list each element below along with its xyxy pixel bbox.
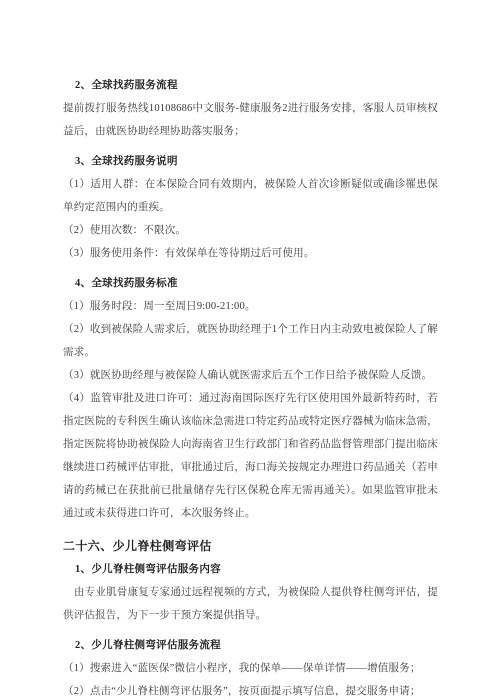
section-heading: 1、少儿脊柱侧弯评估服务内容 <box>63 558 438 581</box>
paragraph: 由专业肌骨康复专家通过远程视频的方式，为被保险人提供脊柱侧弯评估，提供评估报告，… <box>63 581 438 627</box>
document-page: 2、全球找药服务流程提前拨打服务热线10108686中文服务-健康服务2进行服务… <box>0 0 495 700</box>
paragraph: （3）就医协助经理与被保险人确认就医需求后五个工作日给予被保险人反馈。 <box>63 364 438 387</box>
paragraph: （1）服务时段：周一至周日9:00-21:00。 <box>63 295 438 318</box>
section-heading: 4、全球找药服务标准 <box>63 272 438 295</box>
paragraph: （4）监管审批及进口许可：通过海南国际医疗先行区使用国外最新特药时，若指定医院的… <box>63 387 438 525</box>
section-heading: 3、全球找药服务说明 <box>63 150 438 173</box>
paragraph: 提前拨打服务热线10108686中文服务-健康服务2进行服务安排，客服人员审核权… <box>63 97 438 143</box>
chapter-heading: 二十六、少儿脊柱侧弯评估 <box>63 535 438 558</box>
paragraph: （2）收到被保险人需求后，就医协助经理于1个工作日内主动致电被保险人了解需求。 <box>63 318 438 364</box>
paragraph: （2）点击“少儿脊柱侧弯评估服务”，按页面提示填写信息，提交服务申请； <box>63 680 438 700</box>
document-body: 2、全球找药服务流程提前拨打服务热线10108686中文服务-健康服务2进行服务… <box>63 74 438 700</box>
section-heading: 2、少儿脊柱侧弯评估服务流程 <box>63 634 438 657</box>
paragraph: （3）服务使用条件：有效保单在等待期过后可使用。 <box>63 242 438 265</box>
paragraph: （1）适用人群：在本保险合同有效期内，被保险人首次诊断疑似或确诊罹患保单约定范围… <box>63 173 438 219</box>
paragraph: （2）使用次数：不限次。 <box>63 219 438 242</box>
paragraph: （1）搜索进入“蓝医保”微信小程序，我的保单——保单详情——增值服务； <box>63 657 438 680</box>
section-heading: 2、全球找药服务流程 <box>63 74 438 97</box>
